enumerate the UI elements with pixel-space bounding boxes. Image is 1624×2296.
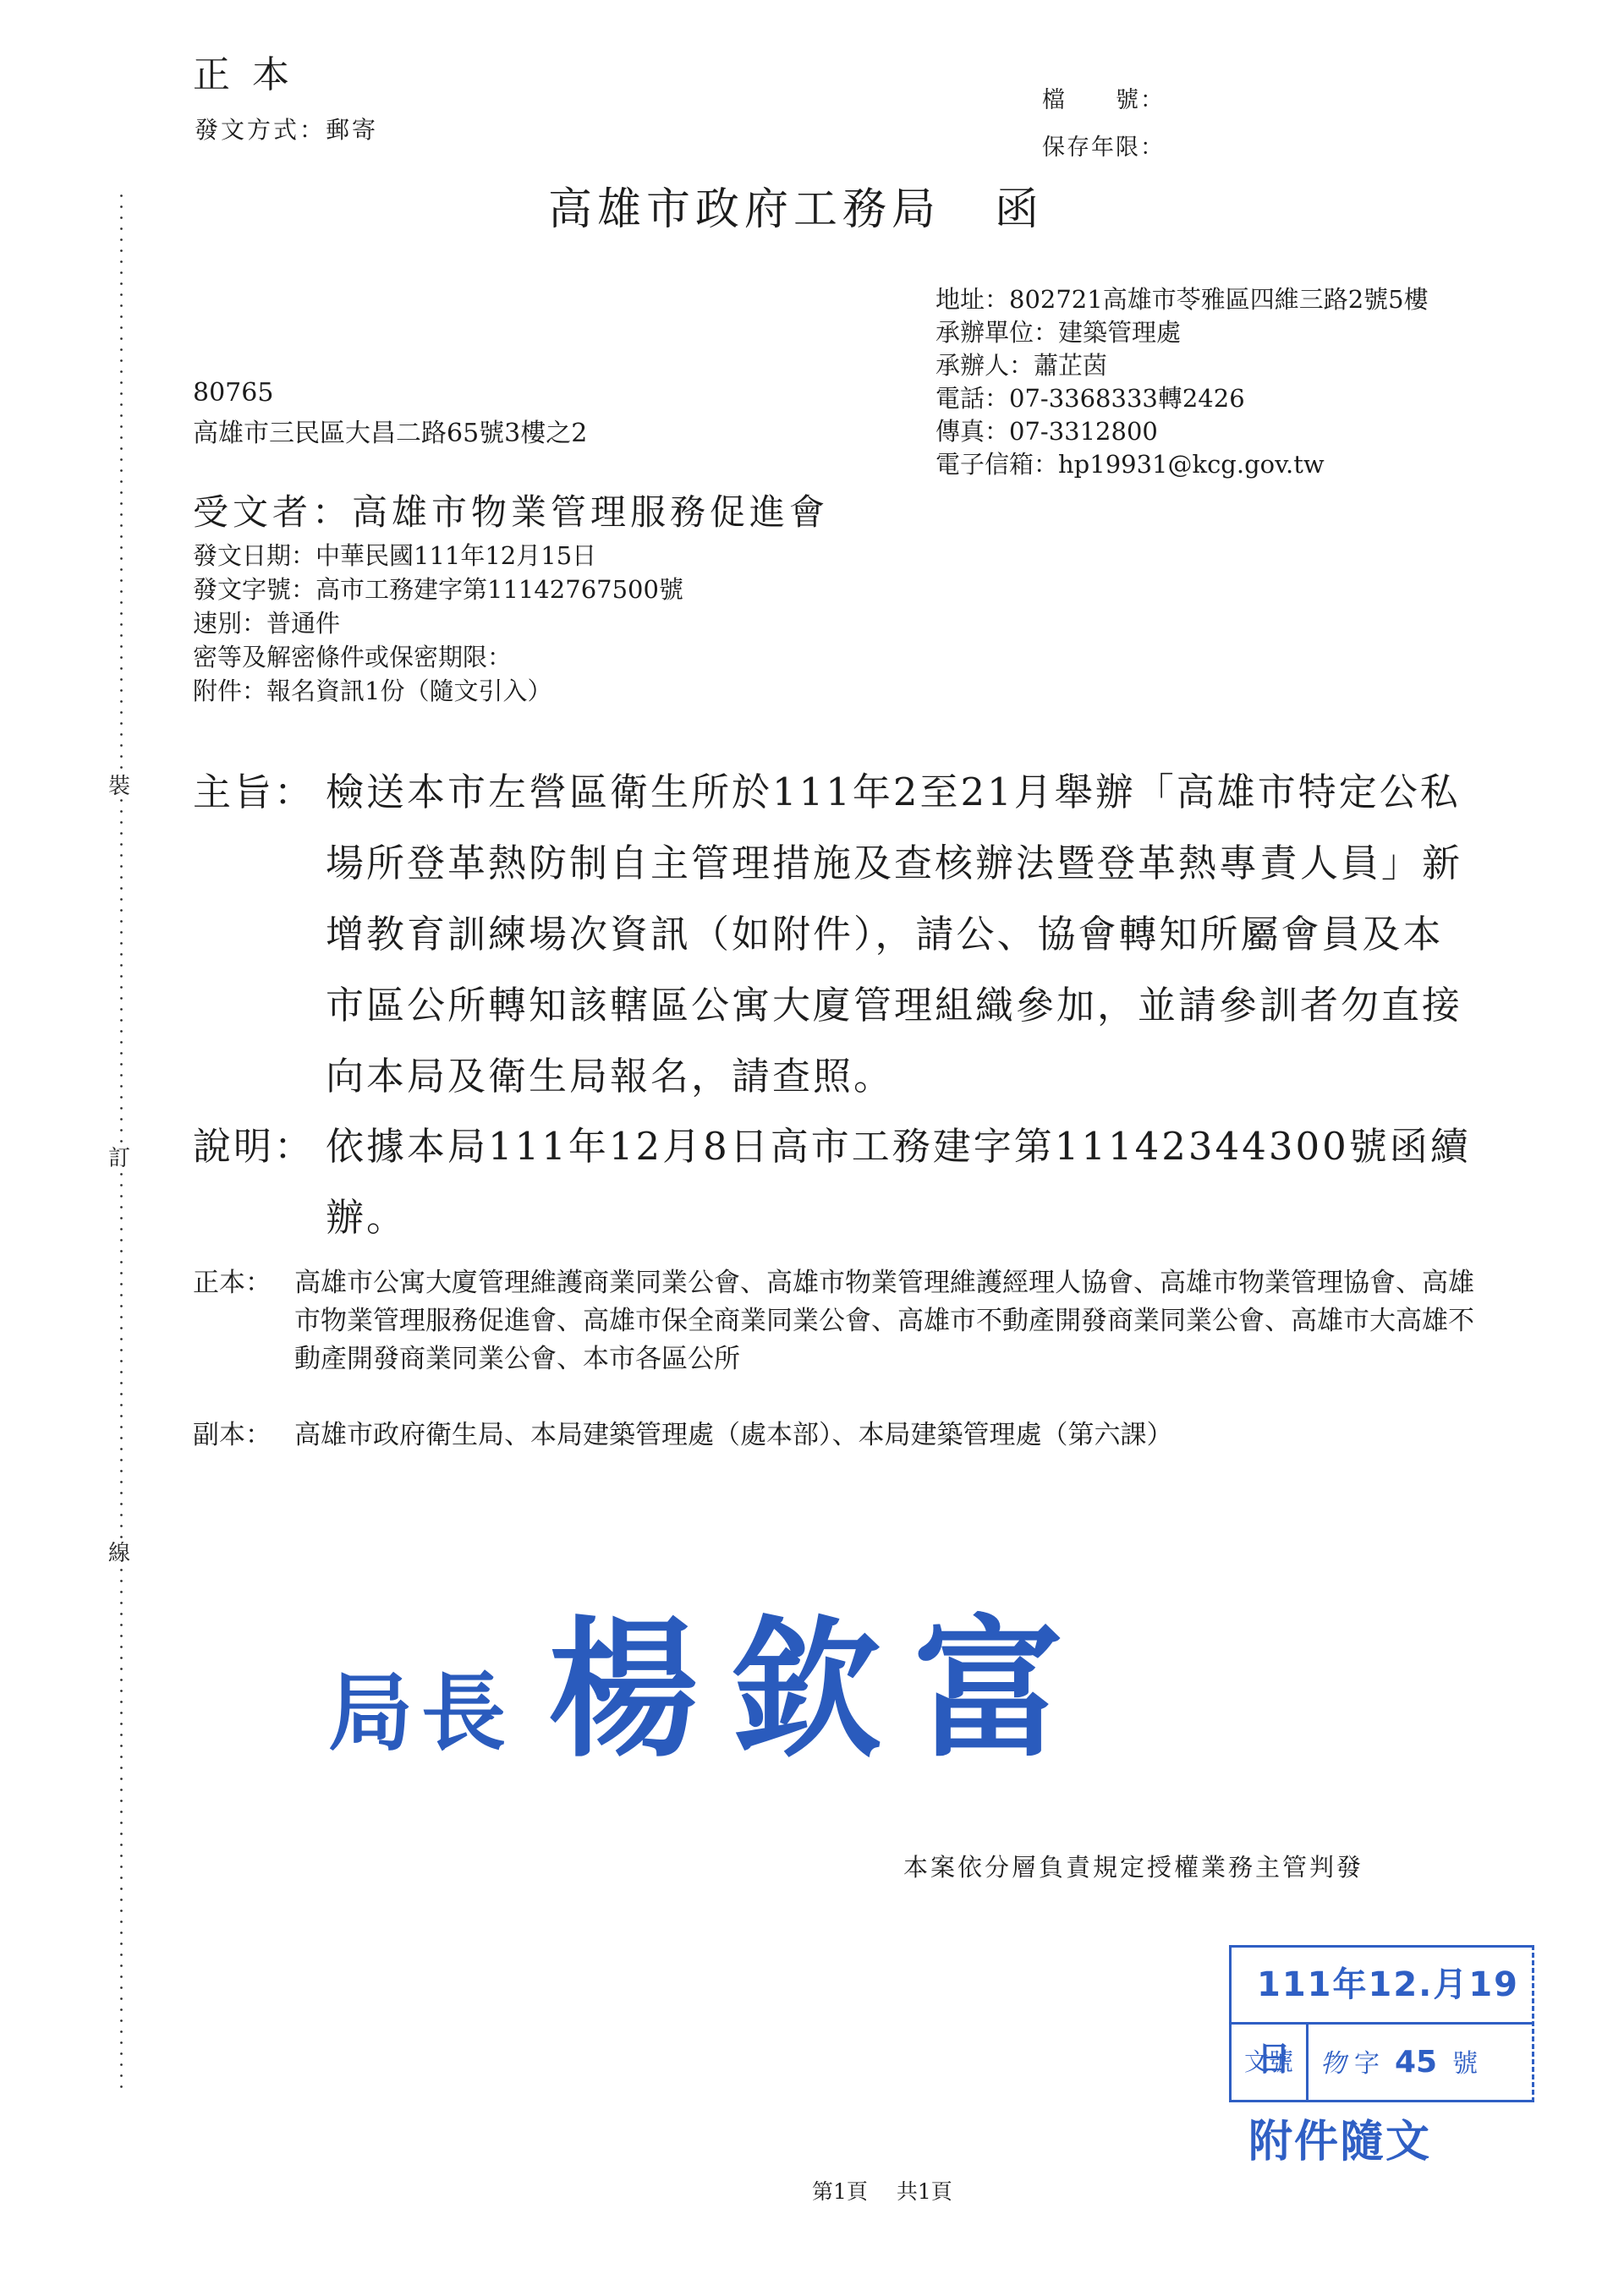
attachment-field: 附件：報名資訊1份（隨文引入） bbox=[193, 674, 683, 708]
recipient-line: 受文者：高雄市物業管理服務促進會 bbox=[193, 485, 829, 535]
recipient-street-address: 高雄市三民區大昌二路65號3樓之2 bbox=[193, 412, 587, 449]
fax-number: 傳真：07-3312800 bbox=[935, 415, 1429, 448]
enclosure-stamp: 附件隨文 bbox=[1248, 2106, 1431, 2169]
page-number-footer: 第1頁共1頁 bbox=[812, 2175, 952, 2206]
binding-char-zhuang: 裝 bbox=[108, 774, 130, 799]
document-number: 發文字號：高市工務建字第11142767500號 bbox=[193, 573, 683, 606]
director-signature-seal: 局長楊欽富 bbox=[328, 1569, 1096, 1785]
explanation-text: 依據本局111年12月8日高市工務建字第11142344300號函續辦。 bbox=[326, 1111, 1476, 1253]
sender-address: 地址：802721高雄市苓雅區四維三路2號5樓 bbox=[935, 283, 1429, 316]
carbon-copy-list: 高雄市政府衛生局、本局建築管理處（處本部）、本局建築管理處（第六課） bbox=[294, 1417, 1479, 1455]
carbon-copy-recipients: 副本： 高雄市政府衛生局、本局建築管理處（處本部）、本局建築管理處（第六課） bbox=[193, 1417, 1479, 1455]
delegation-note: 本案依分層負責規定授權業務主管判發 bbox=[903, 1849, 1363, 1883]
signature-name: 楊欽富 bbox=[548, 1601, 1096, 1778]
receipt-date-stamp: 111年12.月19日 文號 物字45號 bbox=[1229, 1945, 1534, 2102]
signature-title: 局長 bbox=[328, 1663, 514, 1762]
binding-char-xian: 線 bbox=[108, 1541, 130, 1566]
stamp-number-value: 物字45號 bbox=[1309, 2025, 1532, 2100]
binding-char-ding: 訂 bbox=[108, 1146, 130, 1171]
retention-period-field: 保存年限： bbox=[1042, 129, 1165, 162]
phone-number: 電話：07-3368333轉2426 bbox=[935, 382, 1429, 415]
handling-unit: 承辦單位：建築管理處 bbox=[935, 316, 1429, 349]
subject-section: 主旨： 檢送本市左營區衛生所於111年2至21月舉辦「高雄市特定公私場所登革熱防… bbox=[193, 757, 1476, 1112]
original-copy-recipients: 正本： 高雄市公寓大廈管理維護商業同業公會、高雄市物業管理維護經理人協會、高雄市… bbox=[193, 1264, 1479, 1378]
stamp-handwritten-prefix: 物 bbox=[1320, 2049, 1346, 2079]
explanation-section: 說明： 依據本局111年12月8日高市工務建字第11142344300號函續辦。 bbox=[193, 1111, 1476, 1253]
stamp-number-label: 文號 bbox=[1232, 2025, 1309, 2100]
stamp-char-label: 字 bbox=[1354, 2049, 1380, 2079]
send-method: 發文方式：郵寄 bbox=[195, 112, 378, 145]
agency-name: 高雄市政府工務局 bbox=[548, 184, 941, 235]
copy-type-label: 正本 bbox=[193, 44, 311, 98]
binding-dotted-line bbox=[120, 190, 123, 2093]
current-page: 第1頁 bbox=[812, 2179, 868, 2204]
subject-label: 主旨： bbox=[193, 757, 326, 1112]
stamp-number: 45 bbox=[1395, 2045, 1437, 2080]
file-number-field: 檔號： bbox=[1042, 81, 1165, 114]
original-copy-list: 高雄市公寓大廈管理維護商業同業公會、高雄市物業管理維護經理人協會、高雄市物業管理… bbox=[294, 1264, 1479, 1378]
explanation-label: 說明： bbox=[193, 1111, 326, 1253]
total-pages: 共1頁 bbox=[897, 2179, 952, 2204]
file-number-label-b: 號： bbox=[1116, 87, 1165, 113]
stamp-date: 111年12.月19日 bbox=[1232, 1948, 1532, 2025]
document-kind: 函 bbox=[995, 184, 1044, 235]
original-copy-label: 正本： bbox=[193, 1264, 294, 1378]
sender-contact-block: 地址：802721高雄市苓雅區四維三路2號5樓 承辦單位：建築管理處 承辦人：蕭… bbox=[935, 283, 1429, 481]
subject-text: 檢送本市左營區衛生所於111年2至21月舉辦「高雄市特定公私場所登革熱防制自主管… bbox=[326, 757, 1476, 1112]
file-number-label-a: 檔 bbox=[1042, 87, 1067, 113]
stamp-suffix: 號 bbox=[1452, 2049, 1478, 2079]
carbon-copy-label: 副本： bbox=[193, 1417, 294, 1455]
recipient-zip-code: 80765 bbox=[193, 378, 273, 408]
email-address: 電子信箱：hp19931@kcg.gov.tw bbox=[935, 448, 1429, 481]
classification-field: 密等及解密條件或保密期限： bbox=[193, 640, 683, 674]
document-meta: 發文日期：中華民國111年12月15日 發文字號：高市工務建字第11142767… bbox=[193, 539, 683, 708]
handling-officer: 承辦人：蕭芷茵 bbox=[935, 349, 1429, 382]
issue-date: 發文日期：中華民國111年12月15日 bbox=[193, 539, 683, 573]
priority-level: 速別：普通件 bbox=[193, 606, 683, 640]
document-title: 高雄市政府工務局函 bbox=[548, 173, 1044, 237]
